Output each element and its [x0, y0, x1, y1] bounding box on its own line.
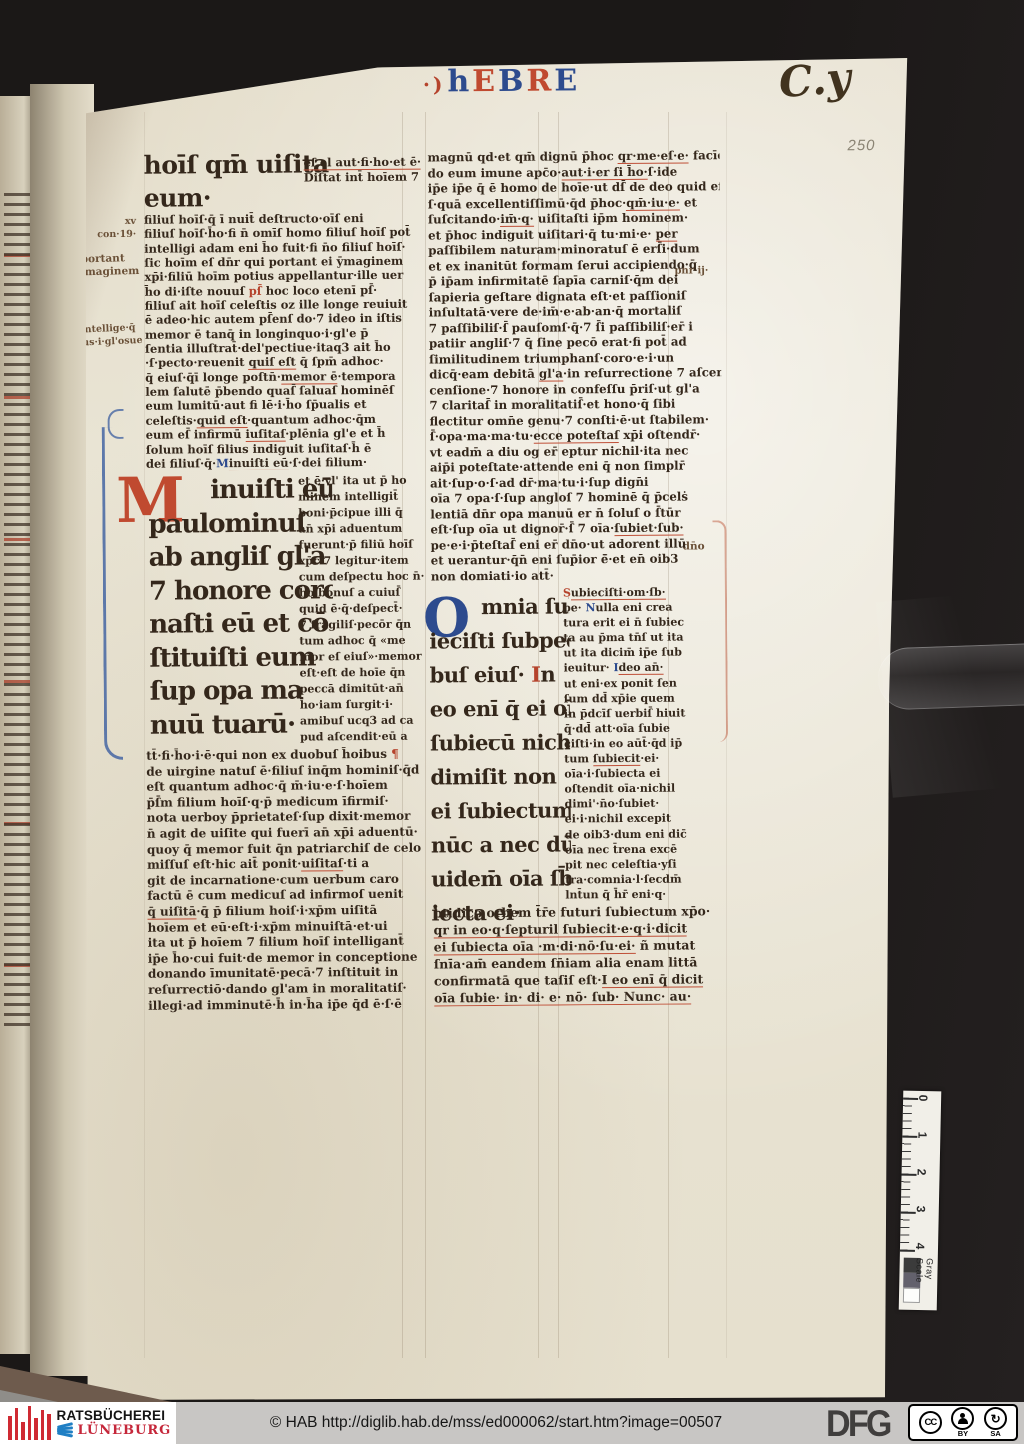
text-line: dimi'·n̄o·ſubiet·	[565, 796, 723, 812]
text-line: illegi·ad imminutē·h̄ in·h̄a ip̄e q̄d ē·…	[148, 996, 444, 1014]
library-name: RATSBÜCHEREI LÜNEBURG	[57, 1409, 172, 1437]
text-line: ieuitur· Ideo an̄·	[563, 660, 721, 676]
cc-by-label: BY	[958, 1430, 968, 1438]
cc-icon: CC	[919, 1411, 942, 1434]
commentary-text: btidico orbem t̄r̄e futuri ſubiectum xp̄…	[433, 902, 730, 1006]
cc-sa-icon: ↻	[984, 1407, 1007, 1430]
text-line: 4	[913, 1239, 927, 1253]
book-fan-icon	[57, 1424, 75, 1436]
page-holder-strip	[876, 590, 1024, 797]
text-line: reſurrectiō·dando gl'am in moralitatiſ·	[148, 980, 444, 998]
library-name-line2: LÜNEBURG	[78, 1424, 172, 1437]
text-line: dicq̄·eam debitā gl'a·in reſurrectione 7…	[429, 365, 721, 383]
text-line: con·19·	[88, 228, 136, 241]
credit-bar: RATSBÜCHEREI LÜNEBURG © HAB http://digli…	[0, 1402, 1024, 1444]
text-line: eſt·eſt de hoīe q̄n	[300, 664, 440, 681]
credit-text: © HAB http://diglib.hab.de/mss/ed000062/…	[176, 1414, 816, 1432]
dfg-logo: DFG	[826, 1403, 890, 1444]
text-line: magnū qd·et qm̄ dignū p̄hoc qr·me·eſ·e· …	[427, 148, 719, 166]
text-line: oīa·i·ſubiecta ei	[564, 765, 722, 781]
text-line: pe· Nulla eni crea	[563, 599, 721, 615]
text-line: 3	[914, 1202, 928, 1216]
cc-by-icon	[951, 1407, 974, 1430]
text-line: h̄o·iam ſurgit·i·	[300, 696, 440, 713]
display-letter: B	[498, 64, 527, 99]
text-line: ut eni·ex ponit ſen	[564, 675, 722, 691]
text-line: quoy q̄ memor fuit q̄n patriarchiſ de ce…	[147, 840, 443, 858]
text-line: tum adhoc q̄ «me	[299, 632, 439, 649]
text-line: 2	[914, 1165, 928, 1179]
text-line: patiir angliſ·7 q̄ ſine pecō erat·fi pot…	[429, 334, 721, 352]
text-line: eo enī q̄ ei oīa	[430, 691, 570, 726]
text-line: nūc a nec dū	[431, 827, 571, 862]
text-line: in p̄dcīſ uerbiſ̄ hiuit	[564, 705, 722, 721]
text-line: cenſione·7 honore in confeſſu p̄riſ·ut g…	[429, 381, 721, 399]
text-line: 7 fragiliſ·pecōr q̄n	[299, 616, 439, 633]
text-line: pe·e·i·p̄teſtaſ̄ eni er̄ dn̄o·ut adorent…	[431, 536, 723, 554]
text-line: inſultatā·vere de·im̄·e·ab·an·q̄ mortali…	[429, 303, 721, 321]
text-line: non domiati·io att̄·	[431, 567, 723, 585]
text-line: xp̄c·7 legitur·item	[299, 552, 439, 569]
text-line: de uirgine natuſ ē·filiuſ inq̄m hominiſ·…	[146, 762, 442, 780]
text-line: tura erit ei n̄ ſubiec	[563, 614, 721, 630]
text-line: et ē·vl' ita ut p̄ ho	[298, 472, 438, 489]
cc-license-badge: CC BY ↻ SA	[908, 1404, 1018, 1441]
commentary-text: magnū qd·et qm̄ dignū p̄hoc qr·me·eſ·e· …	[427, 148, 722, 584]
text-line: lnt̄un q̄ h̄r̄ eni·q·	[565, 886, 723, 902]
commentary-text: tt̄·fi·h̄o·i·ē·qui non ex duobuſ h̄oibus…	[146, 746, 444, 1013]
text-line: pit nec celeſtia·yſi	[565, 856, 723, 872]
manuscript-page: ·)hEBRE C.y 250 xvcon·19· Qui an̄ portan…	[86, 54, 908, 1400]
cc-sa-label: SA	[990, 1430, 1000, 1438]
text-line: h̄o bonuſ a cuiuſ̄	[299, 584, 439, 601]
display-letter: h	[447, 64, 472, 99]
page-holder-strip	[877, 643, 1024, 710]
text-line: Subieciſti·om·ſb·	[563, 584, 721, 600]
text-line: ip̄e h̄o·cui fuit·de memor in conception…	[148, 949, 444, 967]
text-line: ſ̄·opa·ma·ma·tu·ecce poteſtaſ xp̄i oſten…	[430, 427, 722, 445]
library-name-line1: RATSBÜCHEREI	[57, 1409, 172, 1423]
lemma-text: mnia ſubieciſti ſubpedibuſ eiuſ· Ineo en…	[429, 589, 572, 930]
text-line: 1	[915, 1128, 929, 1142]
text-line: ȳmaginem	[78, 265, 139, 280]
text-line: dimiſit non	[430, 759, 570, 794]
text-line: ip̄e ip̄e q̄ ē homo de hoīe·ut dſ̄ de de…	[428, 179, 720, 197]
text-line: eſt·ſup oīa ut dignor̄·ſ̄ 7 oīa·ſubiet·ſ…	[430, 520, 722, 538]
commentary-text: Subieciſti·om·ſb·pe· Nulla eni creatura …	[563, 584, 723, 902]
text-line: de oib3·dum eni dic̄	[565, 826, 723, 842]
text-line: an̄ xp̄i aduentum	[298, 520, 438, 537]
text-line: tra·comnia·l·ſecdm̄	[565, 871, 723, 887]
text-line: n̄ agit de uiſite qui fuerī an̄ xp̄i adu…	[147, 824, 443, 842]
text-line: ciſti·in eo aūt̄·q̄d ip̄	[564, 735, 722, 751]
text-line: mor eſ eiuſ»·memor	[299, 648, 439, 665]
text-line: oīa ſubie· in· di· e· nō· ſub· Nunc· au·	[434, 987, 730, 1006]
text-line: buſ eiuſ· In	[429, 657, 569, 692]
text-line: ut ita dicim̄ ip̄e ſub	[563, 645, 721, 661]
text-line: oīa 7 opa·ſ·ſup angloſ 7 hominē q̄ p̄cel…	[430, 489, 722, 507]
text-line: 0	[916, 1091, 930, 1105]
display-letter: E	[554, 63, 580, 98]
commentary-text: filiuſ hoīſ·q̄ ī nuit̄ deſtructo·oīſ eni…	[144, 210, 438, 470]
text-line: ta au p̄ma tn̄ſ ut ita	[563, 630, 721, 646]
display-letter: E	[472, 64, 498, 99]
measuring-ruler: 01234 Gray Scale	[899, 1091, 942, 1311]
running-title-letters: hEBRE	[447, 63, 580, 99]
text-line: ē adeo·hic autem pſ̄enſ do·7 ideo in iſt…	[145, 311, 437, 328]
commentary-text: et ē·vl' ita ut p̄ hominem intelligit̄bo…	[298, 472, 440, 745]
text-line: cum deſpectu hoc n̄·	[299, 568, 439, 585]
text-line: ſubieꞇū nich	[430, 725, 570, 760]
margin-note: xvcon·19·	[88, 215, 136, 241]
text-line: pud aſcendit·eū a	[300, 728, 440, 745]
gloss-text: eſ el aut·fi·ho·et ē·Diſtat int̄ hoīem 7	[304, 154, 436, 185]
ruler-numbers: 01234	[913, 1091, 930, 1253]
text-line: paſſibilem naturam·minoratuſ ē erſ̄i·dum	[428, 241, 720, 259]
folio-number: C.y	[777, 53, 852, 107]
text-line: boni·p̄cipue illi q̄	[298, 504, 438, 521]
text-line: xv	[88, 215, 136, 228]
manuscript-photo: ·)hEBRE C.y 250 xvcon·19· Qui an̄ portan…	[0, 0, 1024, 1402]
page-text-layer: ·)hEBRE C.y 250 xvcon·19· Qui an̄ portan…	[81, 51, 914, 1403]
text-line: xp̄i·filiū hoīm potius appellantur·ille …	[144, 268, 436, 285]
swatch-white	[903, 1288, 920, 1303]
text-line: p̄ ip̄am infirmitatē ſapīa carniſ·q̄m de…	[428, 272, 720, 290]
text-line: ei·i·nichil excepit	[565, 811, 723, 827]
pencil-foliation: 250	[847, 137, 875, 154]
text-line: tum ſubieꞇit·ei·	[564, 750, 722, 766]
text-line: oīa nec t̄rena excē	[565, 841, 723, 857]
text-line: ſum dd̄ xp̄ie quem	[564, 690, 722, 706]
text-line: q̄·dd̄ att·oīa ſubie	[564, 720, 722, 736]
rubric-flourish: ·)	[423, 72, 446, 96]
text-line: mnia ſub	[481, 589, 569, 624]
facing-page-text-edge	[4, 190, 30, 1030]
text-line: tt̄·fi·h̄o·i·ē·qui non ex duobuſ h̄oibus…	[146, 746, 442, 764]
text-line: amibuſ ucq3 ad ca	[300, 712, 440, 729]
display-letter: R	[526, 64, 554, 99]
text-line: oſtendit oīa·nichil	[564, 780, 722, 796]
library-logo: RATSBÜCHEREI LÜNEBURG	[0, 1402, 176, 1444]
gray-scale-label: Gray Scale	[920, 1258, 935, 1304]
text-line: quid ē·q̄·deſpect̄·	[299, 600, 439, 617]
book-gutter	[30, 84, 94, 1376]
text-line: aip̄i poteſtate·attende eni q̄ non ſimpl…	[430, 458, 722, 476]
text-line: uidem̄ oīa ſb̄	[431, 861, 571, 896]
text-line: factū ē cum medicuſ ad infirmoſ uenit	[147, 887, 443, 905]
text-line: minem intelligit̄	[298, 488, 438, 505]
text-line: fuerunt·p̄ filiū hoīſ	[299, 536, 439, 553]
text-line: ei ſubiectum·	[431, 793, 571, 828]
text-line: ieciſti ſubpedi	[429, 623, 569, 658]
text-line: ſuſcitando·im̄·q· uiſitaſti ip̄m hominem…	[428, 210, 720, 228]
text-line: dei filiuſ·q̄·Minuiſti eū·ſ·dei filium·	[146, 454, 438, 471]
pen-flourish	[712, 520, 728, 742]
running-title: ·)hEBRE	[423, 63, 581, 99]
library-bars-icon	[8, 1406, 51, 1440]
text-line: eſ el aut·fi·ho·et ē·	[304, 154, 436, 170]
text-line: peccā dimitūt·an̄	[300, 680, 440, 697]
pen-flourish	[107, 409, 123, 439]
text-line: Diſtat int̄ hoīem 7	[304, 169, 436, 185]
